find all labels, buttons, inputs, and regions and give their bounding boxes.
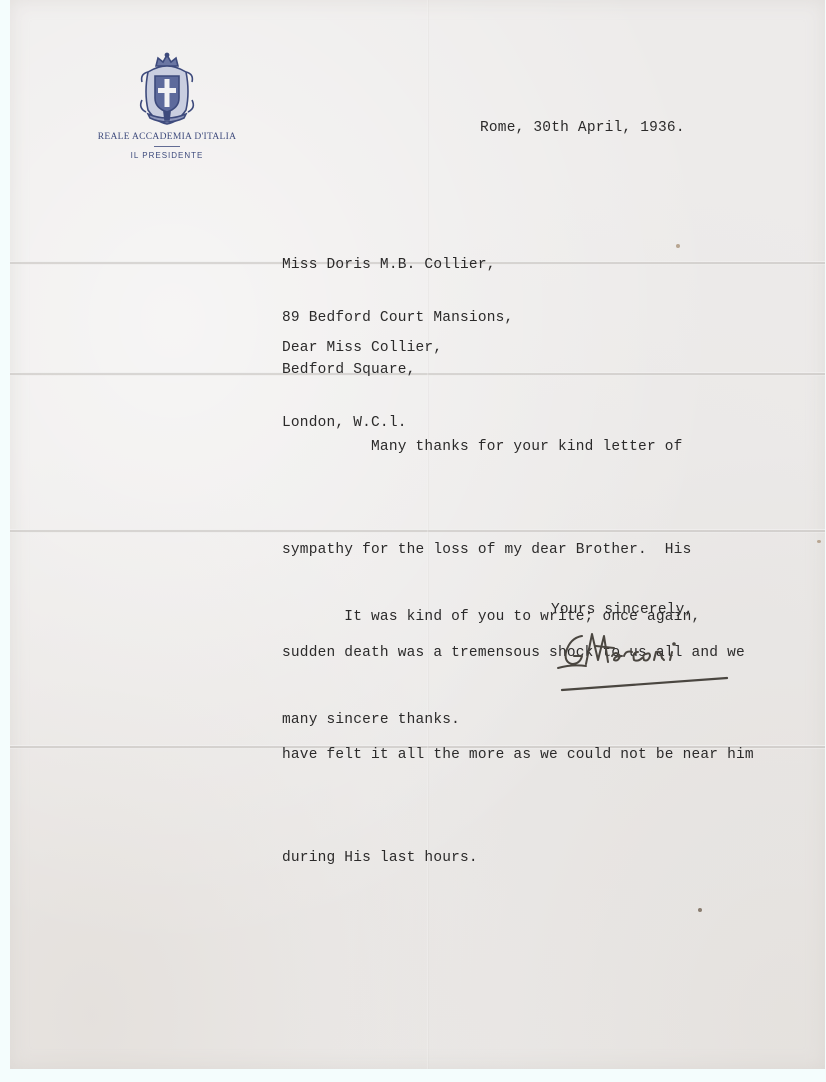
paper-spot <box>698 908 702 912</box>
letterhead: REALE ACCADEMIA D'ITALIA IL PRESIDENTE <box>82 52 252 160</box>
address-line: Miss Doris M.B. Collier, <box>282 257 513 275</box>
dateline: Rome, 30th April, 1936. <box>480 120 685 136</box>
letterhead-divider <box>154 146 180 147</box>
address-line: 89 Bedford Court Mansions, <box>282 310 513 328</box>
royal-crest-icon <box>136 52 198 128</box>
body-line: many sincere thanks. <box>282 703 700 737</box>
salutation: Dear Miss Collier, <box>282 340 442 356</box>
body-line: Many thanks for your kind letter of <box>282 430 754 464</box>
organization-name: REALE ACCADEMIA D'ITALIA <box>82 132 252 142</box>
body-line: during His last hours. <box>282 841 754 875</box>
closing: Yours sincerely, <box>551 602 693 618</box>
paper-spot <box>676 244 680 248</box>
handwritten-signature <box>552 626 737 698</box>
organization-title: IL PRESIDENTE <box>82 151 252 160</box>
paper-spot <box>817 540 821 543</box>
